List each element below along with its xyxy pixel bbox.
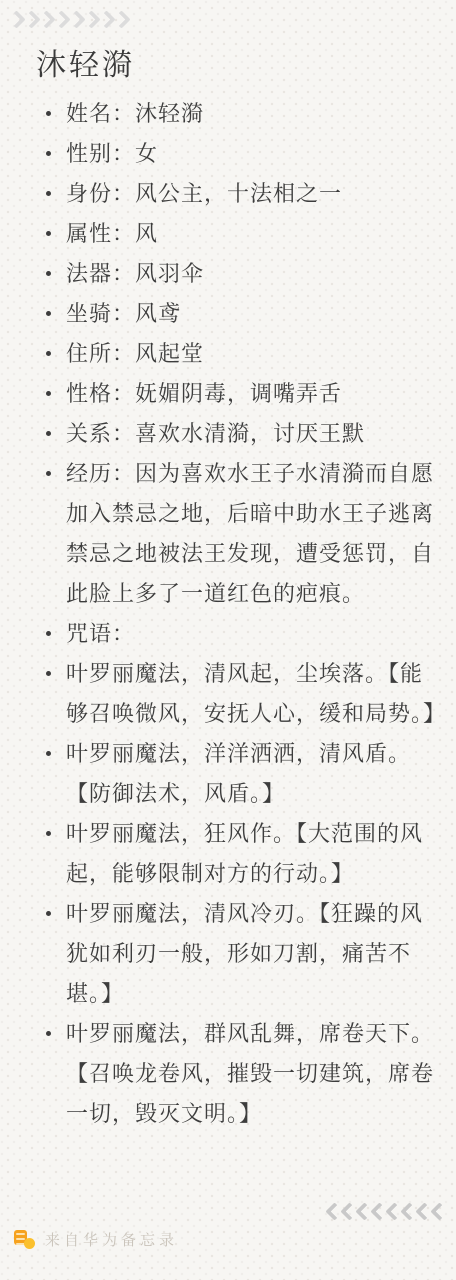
note-line: 法器：风羽伞 [66, 261, 204, 286]
note-line: 咒语： [66, 621, 135, 646]
bullet-dot-icon [46, 391, 51, 396]
bullet-dot-icon [46, 471, 51, 476]
bullet-dot-icon [46, 191, 51, 196]
list-item: 叶罗丽魔法，清风冷刃。【狂躁的风犹如利刃一般，形如刀割，痛苦不堪。】 [44, 894, 438, 1014]
huawei-memo-icon [14, 1228, 36, 1250]
bullet-dot-icon [46, 1031, 51, 1036]
list-item: 经历：因为喜欢水王子水清漪而自愿加入禁忌之地，后暗中助水王子逃离禁忌之地被法王发… [44, 454, 438, 614]
bullet-dot-icon [46, 111, 51, 116]
note-line: 叶罗丽魔法，清风起，尘埃落。【能够召唤微风，安抚人心，缓和局势。】 [66, 661, 446, 726]
list-item: 属性：风 [44, 214, 438, 254]
list-item: 关系：喜欢水清漪，讨厌王默 [44, 414, 438, 454]
footer: 来自华为备忘录 [14, 1228, 178, 1250]
footer-source-label: 来自华为备忘录 [45, 1229, 178, 1250]
note-title: 沐轻漪 [36, 46, 135, 86]
bullet-dot-icon [46, 151, 51, 156]
top-chevrons-decoration [10, 13, 128, 26]
chevron-icon [112, 10, 130, 28]
note-line: 性格：妩媚阴毒，调嘴弄舌 [66, 381, 342, 406]
bullet-dot-icon [46, 351, 51, 356]
note-line: 坐骑：风鸢 [66, 301, 181, 326]
bullet-dot-icon [46, 631, 51, 636]
note-line: 姓名：沐轻漪 [66, 101, 204, 126]
bullet-dot-icon [46, 751, 51, 756]
chevron-icon [430, 1202, 448, 1220]
note-line: 叶罗丽魔法，狂风作。【大范围的风起，能够限制对方的行动。】 [66, 821, 423, 886]
note-line: 住所：风起堂 [66, 341, 204, 366]
note-line: 经历：因为喜欢水王子水清漪而自愿加入禁忌之地，后暗中助水王子逃离禁忌之地被法王发… [66, 461, 434, 606]
list-item: 姓名：沐轻漪 [44, 94, 438, 134]
bullet-dot-icon [46, 671, 51, 676]
list-item: 叶罗丽魔法，洋洋洒洒，清风盾。【防御法术，风盾。】 [44, 734, 438, 814]
bullet-dot-icon [46, 271, 51, 276]
bottom-chevrons-decoration [328, 1205, 446, 1218]
note-line: 叶罗丽魔法，清风冷刃。【狂躁的风犹如利刃一般，形如刀割，痛苦不堪。】 [66, 901, 423, 1006]
bullet-dot-icon [46, 831, 51, 836]
list-item: 法器：风羽伞 [44, 254, 438, 294]
bullet-dot-icon [46, 311, 51, 316]
bullet-dot-icon [46, 231, 51, 236]
list-item: 性别：女 [44, 134, 438, 174]
list-item: 叶罗丽魔法，群风乱舞，席卷天下。【召唤龙卷风，摧毁一切建筑，席卷一切，毁灭文明。… [44, 1014, 438, 1134]
list-item: 坐骑：风鸢 [44, 294, 438, 334]
bullet-dot-icon [46, 911, 51, 916]
bullet-dot-icon [46, 431, 51, 436]
note-line: 属性：风 [66, 221, 158, 246]
list-item: 叶罗丽魔法，狂风作。【大范围的风起，能够限制对方的行动。】 [44, 814, 438, 894]
note-line: 关系：喜欢水清漪，讨厌王默 [66, 421, 365, 446]
list-item: 性格：妩媚阴毒，调嘴弄舌 [44, 374, 438, 414]
list-item: 叶罗丽魔法，清风起，尘埃落。【能够召唤微风，安抚人心，缓和局势。】 [44, 654, 438, 734]
list-item: 咒语： [44, 614, 438, 654]
note-line: 身份：风公主，十法相之一 [66, 181, 342, 206]
note-line: 叶罗丽魔法，群风乱舞，席卷天下。【召唤龙卷风，摧毁一切建筑，席卷一切，毁灭文明。… [66, 1021, 434, 1126]
note-line: 性别：女 [66, 141, 158, 166]
note-list: 姓名：沐轻漪性别：女身份：风公主，十法相之一属性：风法器：风羽伞坐骑：风鸢住所：… [44, 94, 438, 1134]
list-item: 身份：风公主，十法相之一 [44, 174, 438, 214]
note-line: 叶罗丽魔法，洋洋洒洒，清风盾。【防御法术，风盾。】 [66, 741, 411, 806]
list-item: 住所：风起堂 [44, 334, 438, 374]
